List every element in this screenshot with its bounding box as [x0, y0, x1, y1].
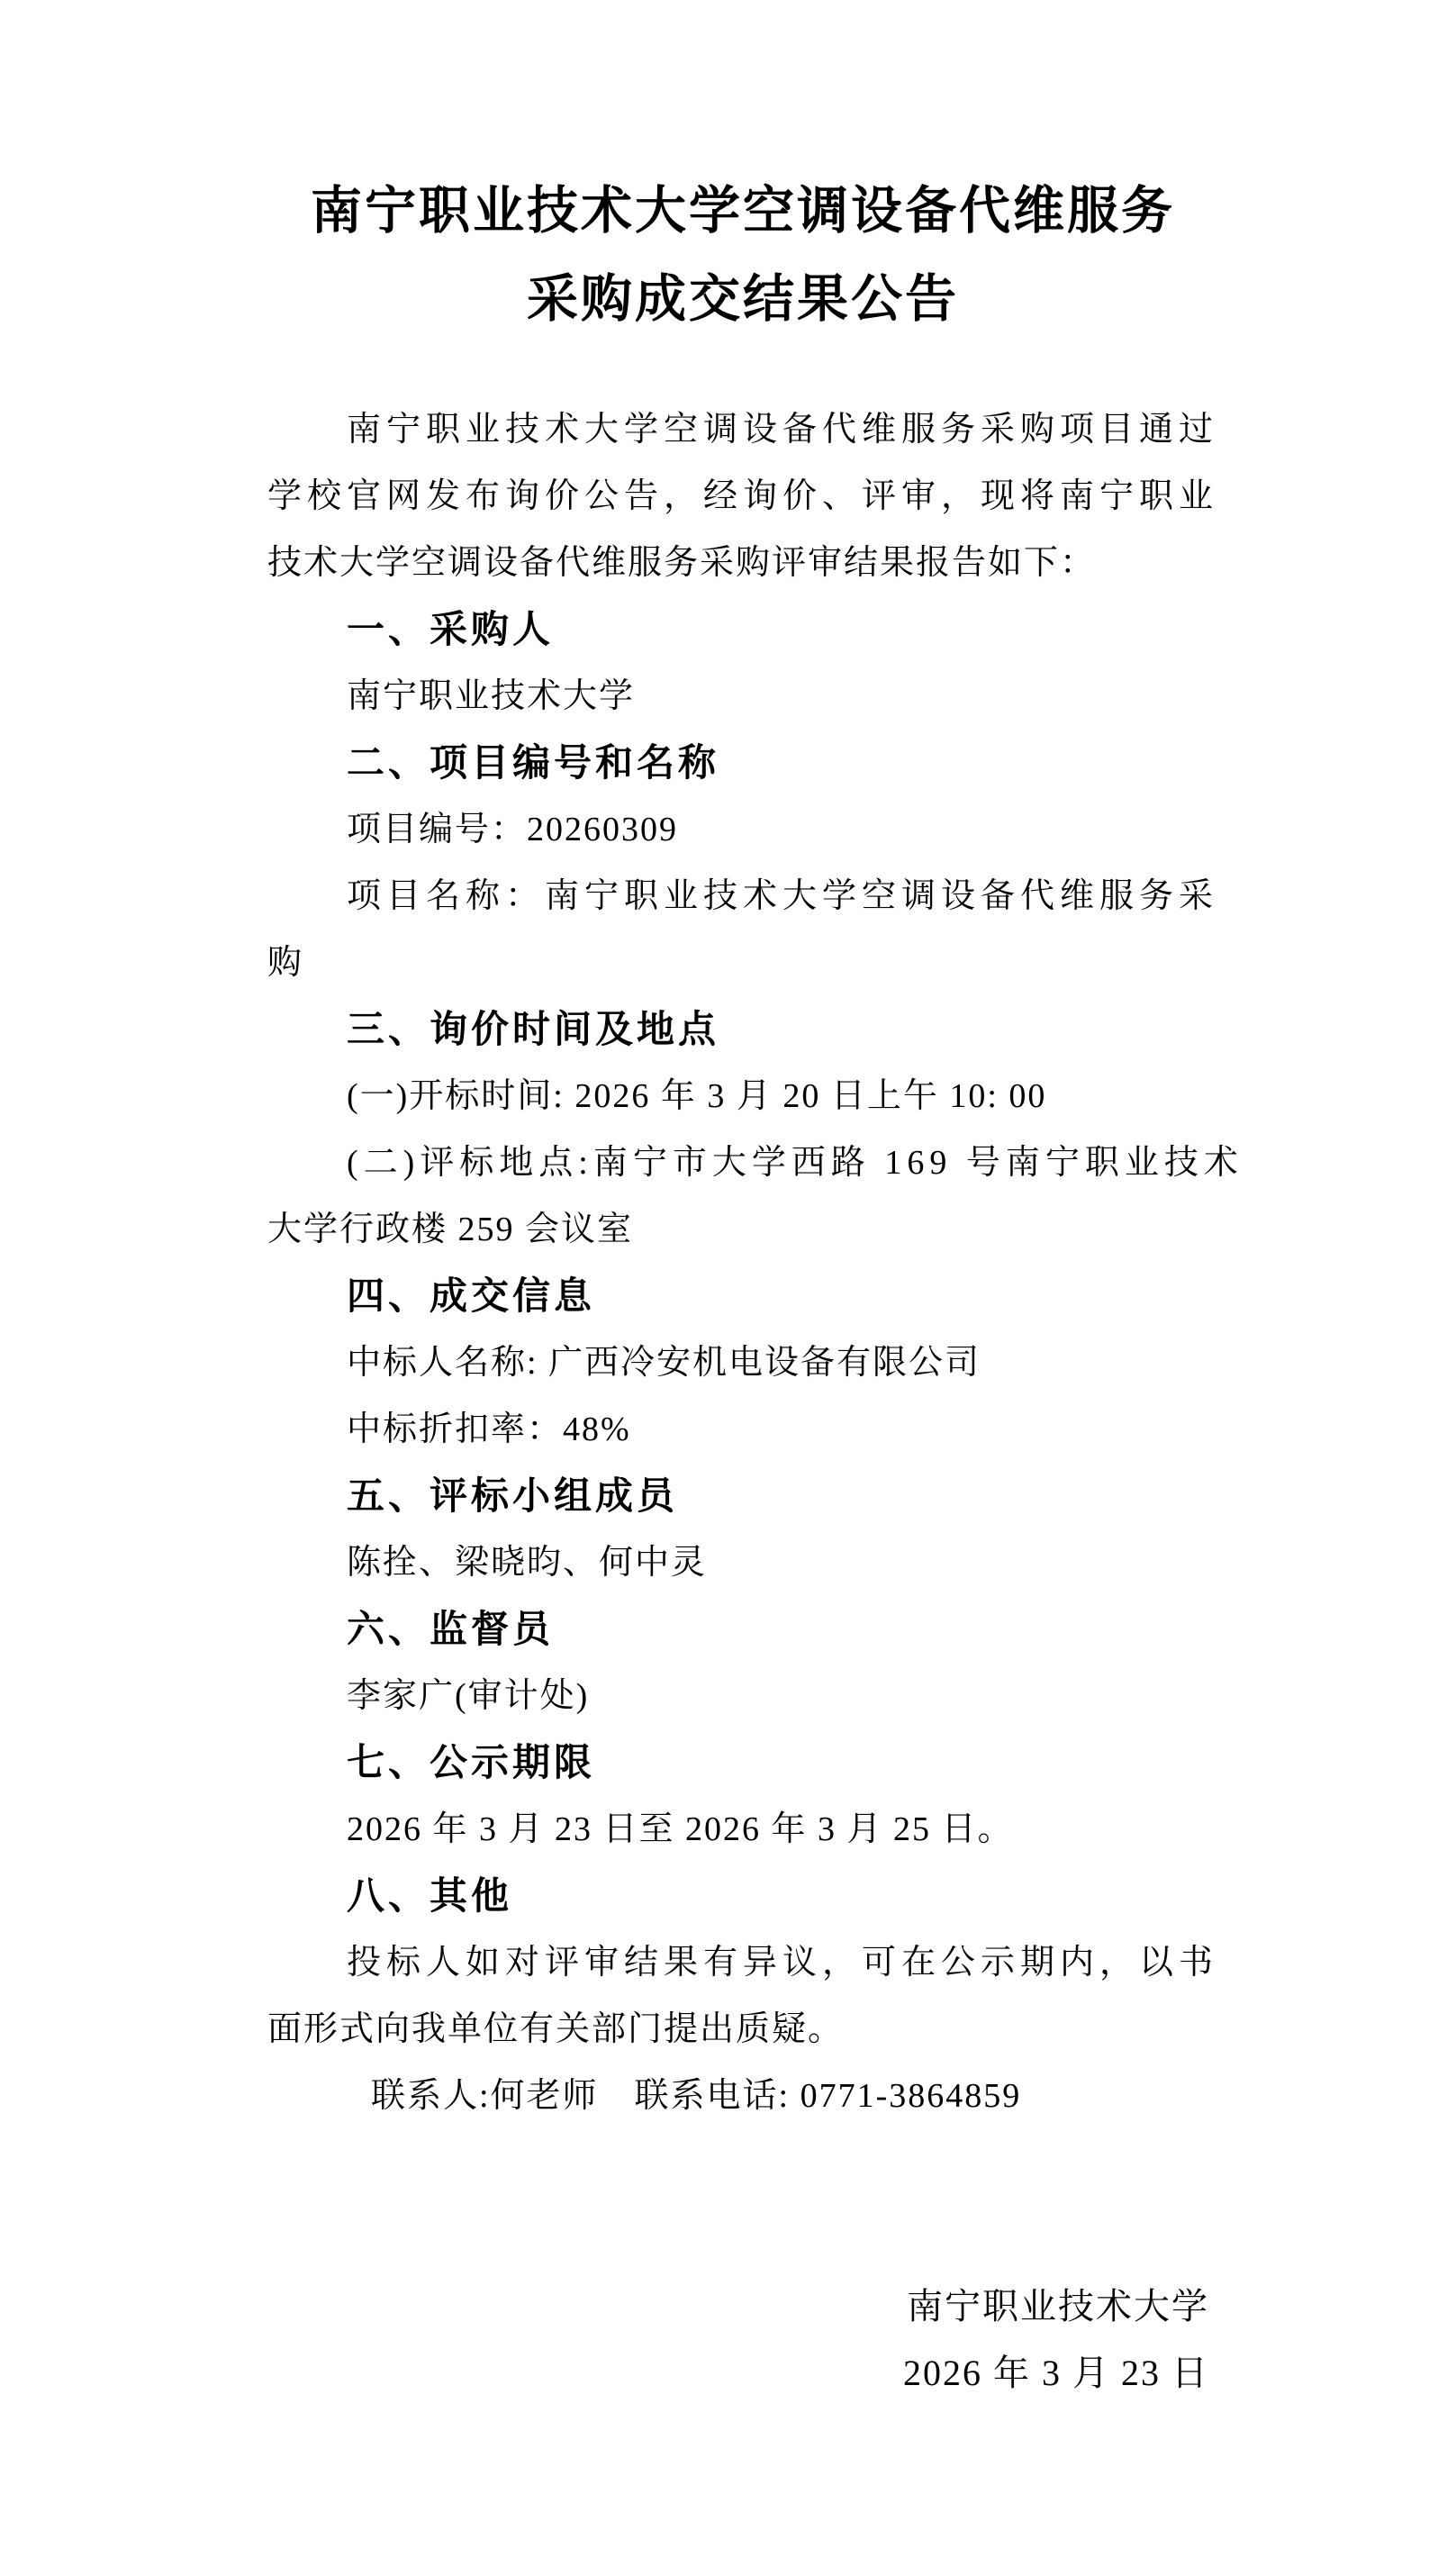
section-heading: 五、评标小组成员 [267, 1463, 1209, 1529]
body-line: 2026 年 3 月 23 日至 2026 年 3 月 25 日。 [267, 1796, 1209, 1863]
document-title: 南宁职业技术大学空调设备代维服务 采购成交结果公告 [267, 168, 1218, 344]
section-heading: 一、采购人 [267, 596, 1209, 663]
body-line: 陈拴、梁晓昀、何中灵 [267, 1529, 1209, 1596]
section-heading: 七、公示期限 [267, 1729, 1209, 1796]
body-line: (一)开标时间: 2026 年 3 月 20 日上午 10: 00 [267, 1063, 1209, 1129]
body-line: 中标人名称: 广西冷安机电设备有限公司 [267, 1329, 1209, 1396]
body-line: 南宁职业技术大学 [267, 663, 1209, 730]
section-heading: 四、成交信息 [267, 1263, 1209, 1329]
body-line: 投标人如对评审结果有异议，可在公示期内，以书 [267, 1929, 1209, 1996]
body-line: (二)评标地点:南宁市大学西路 169 号南宁职业技术 [267, 1129, 1209, 1196]
body-line: 联系人:何老师 联系电话: 0771-3864859 [267, 2063, 1209, 2129]
document-body: 南宁职业技术大学空调设备代维服务采购项目通过学校官网发布询价公告，经询价、评审，… [267, 396, 1209, 2129]
signature-date: 2026 年 3 月 23 日 [267, 2340, 1209, 2407]
document-title-line-2: 采购成交结果公告 [267, 256, 1218, 344]
section-heading: 三、询价时间及地点 [267, 996, 1209, 1063]
section-heading: 二、项目编号和名称 [267, 730, 1209, 796]
body-line: 学校官网发布询价公告，经询价、评审，现将南宁职业 [267, 463, 1209, 530]
signature-block: 南宁职业技术大学 2026 年 3 月 23 日 [267, 2273, 1209, 2407]
body-line: 技术大学空调设备代维服务采购评审结果报告如下： [267, 530, 1209, 596]
body-line: 李家广(审计处) [267, 1663, 1209, 1729]
body-line: 南宁职业技术大学空调设备代维服务采购项目通过 [267, 396, 1209, 463]
body-line: 购 [267, 930, 1209, 996]
section-heading: 六、监督员 [267, 1596, 1209, 1663]
body-line: 中标折扣率：48% [267, 1396, 1209, 1463]
body-line: 项目名称：南宁职业技术大学空调设备代维服务采 [267, 863, 1209, 930]
signature-organization: 南宁职业技术大学 [267, 2273, 1209, 2340]
body-line: 面形式向我单位有关部门提出质疑。 [267, 1996, 1209, 2063]
body-line: 项目编号：20260309 [267, 796, 1209, 863]
document-page: 南宁职业技术大学空调设备代维服务 采购成交结果公告 南宁职业技术大学空调设备代维… [0, 0, 1429, 2576]
section-heading: 八、其他 [267, 1863, 1209, 1929]
body-line: 大学行政楼 259 会议室 [267, 1196, 1209, 1263]
document-title-line-1: 南宁职业技术大学空调设备代维服务 [267, 168, 1218, 256]
